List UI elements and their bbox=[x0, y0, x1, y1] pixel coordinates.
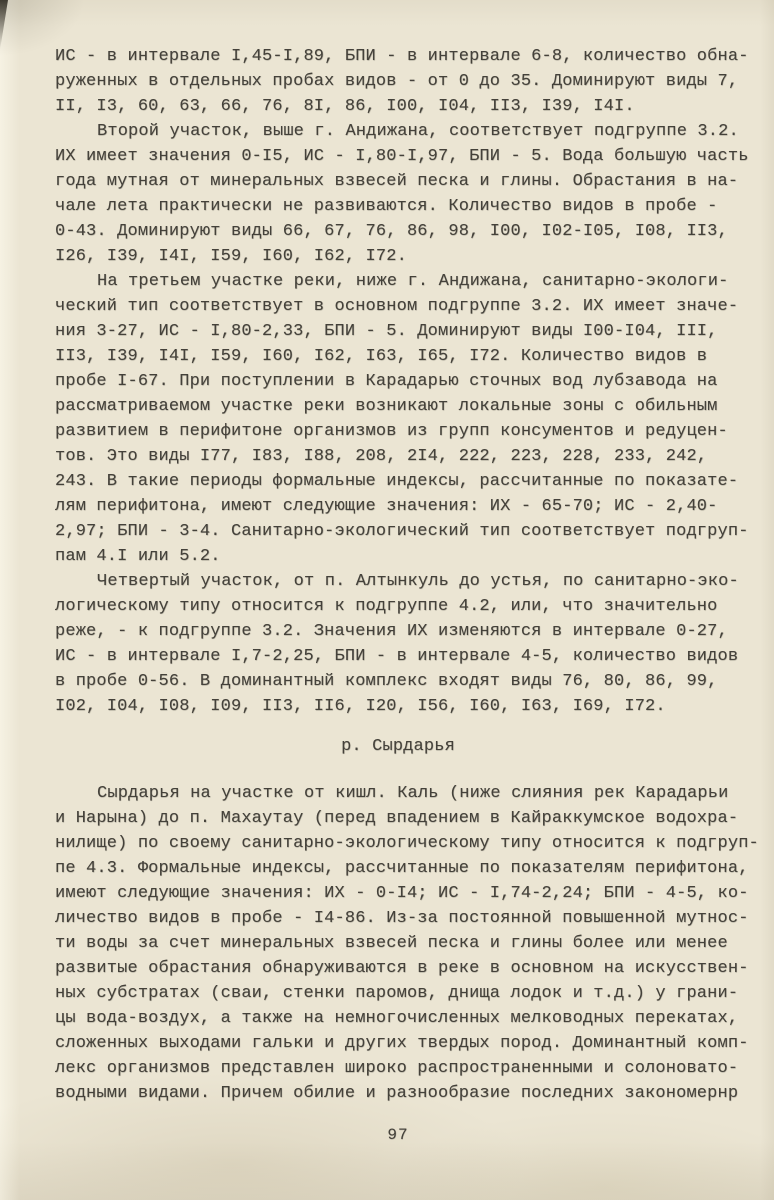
text-line: лекс организмов представлен широко распр… bbox=[55, 1056, 741, 1081]
page-number: 97 bbox=[55, 1123, 741, 1148]
text-line: На третьем участке реки, ниже г. Андижан… bbox=[55, 269, 741, 294]
text-line: реже, - к подгруппе 3.2. Значения ИХ изм… bbox=[55, 619, 741, 644]
text-line: лям перифитона, имеют следующие значения… bbox=[55, 494, 741, 519]
text-line: ческий тип соответствует в основном подг… bbox=[55, 294, 741, 319]
text-line: логическому типу относится к подгруппе 4… bbox=[55, 594, 741, 619]
text-line: II, I3, 60, 63, 66, 76, 8I, 86, I00, I04… bbox=[55, 94, 741, 119]
text-line: пам 4.I или 5.2. bbox=[55, 544, 741, 569]
text-line: года мутная от минеральных взвесей песка… bbox=[55, 169, 741, 194]
paragraph-third-site: На третьем участке реки, ниже г. Андижан… bbox=[55, 269, 741, 569]
text-line: и Нарына) до п. Махаутау (перед впадение… bbox=[55, 806, 741, 831]
paragraph-second-site: Второй участок, выше г. Андижана, соотве… bbox=[55, 119, 741, 269]
text-line: нилище) по своему санитарно-экологическо… bbox=[55, 831, 741, 856]
paragraph-fourth-site: Четвертый участок, от п. Алтынкуль до ус… bbox=[55, 569, 741, 719]
text-line: 243. В такие периоды формальные индексы,… bbox=[55, 469, 741, 494]
text-line: руженных в отдельных пробах видов - от 0… bbox=[55, 69, 741, 94]
text-line: I26, I39, I4I, I59, I60, I62, I72. bbox=[55, 244, 741, 269]
text-line: чале лета практически не развиваются. Ко… bbox=[55, 194, 741, 219]
text-line: 2,97; БПИ - 3-4. Санитарно-экологический… bbox=[55, 519, 741, 544]
text-line: водными видами. Причем обилие и разнообр… bbox=[55, 1081, 741, 1106]
text-line: сложенных выходами гальки и других тверд… bbox=[55, 1031, 741, 1056]
text-line: ИХ имеет значения 0-I5, ИС - I,80-I,97, … bbox=[55, 144, 741, 169]
text-line: имеют следующие значения: ИХ - 0-I4; ИС … bbox=[55, 881, 741, 906]
text-line: ти воды за счет минеральных взвесей песк… bbox=[55, 931, 741, 956]
text-line: тов. Это виды I77, I83, I88, 208, 2I4, 2… bbox=[55, 444, 741, 469]
text-line: пе 4.3. Формальные индексы, рассчитанные… bbox=[55, 856, 741, 881]
text-line: ных субстратах (сваи, стенки паромов, дн… bbox=[55, 981, 741, 1006]
text-line: пробе I-67. При поступлении в Карадарью … bbox=[55, 369, 741, 394]
text-line: ния 3-27, ИС - I,80-2,33, БПИ - 5. Домин… bbox=[55, 319, 741, 344]
text-line: Четвертый участок, от п. Алтынкуль до ус… bbox=[55, 569, 741, 594]
page-edge-artifact bbox=[0, 0, 8, 50]
text-line: цы вода-воздух, а также на немногочислен… bbox=[55, 1006, 741, 1031]
text-line: в пробе 0-56. В доминантный комплекс вхо… bbox=[55, 669, 741, 694]
text-line: II3, I39, I4I, I59, I60, I62, I63, I65, … bbox=[55, 344, 741, 369]
text-line: Сырдарья на участке от кишл. Каль (ниже … bbox=[55, 781, 741, 806]
text-line: Второй участок, выше г. Андижана, соотве… bbox=[55, 119, 741, 144]
text-line: ИС - в интервале I,7-2,25, БПИ - в интер… bbox=[55, 644, 741, 669]
section-heading: р. Сырдарья bbox=[55, 734, 741, 759]
text-line: I02, I04, I08, I09, II3, II6, I20, I56, … bbox=[55, 694, 741, 719]
text-line: ИС - в интервале I,45-I,89, БПИ - в инте… bbox=[55, 44, 741, 69]
text-line: развитые обрастания обнаруживаются в рек… bbox=[55, 956, 741, 981]
paragraph-continuation: ИС - в интервале I,45-I,89, БПИ - в инте… bbox=[55, 44, 741, 119]
text-block: ИС - в интервале I,45-I,89, БПИ - в инте… bbox=[55, 44, 741, 1148]
text-line: рассматриваемом участке реки возникают л… bbox=[55, 394, 741, 419]
scanned-document-page: ИС - в интервале I,45-I,89, БПИ - в инте… bbox=[0, 0, 774, 1200]
text-line: личество видов в пробе - I4-86. Из-за по… bbox=[55, 906, 741, 931]
text-line: развитием в перифитоне организмов из гру… bbox=[55, 419, 741, 444]
paragraph-syrdarya: Сырдарья на участке от кишл. Каль (ниже … bbox=[55, 781, 741, 1106]
text-line: 0-43. Доминируют виды 66, 67, 76, 86, 98… bbox=[55, 219, 741, 244]
